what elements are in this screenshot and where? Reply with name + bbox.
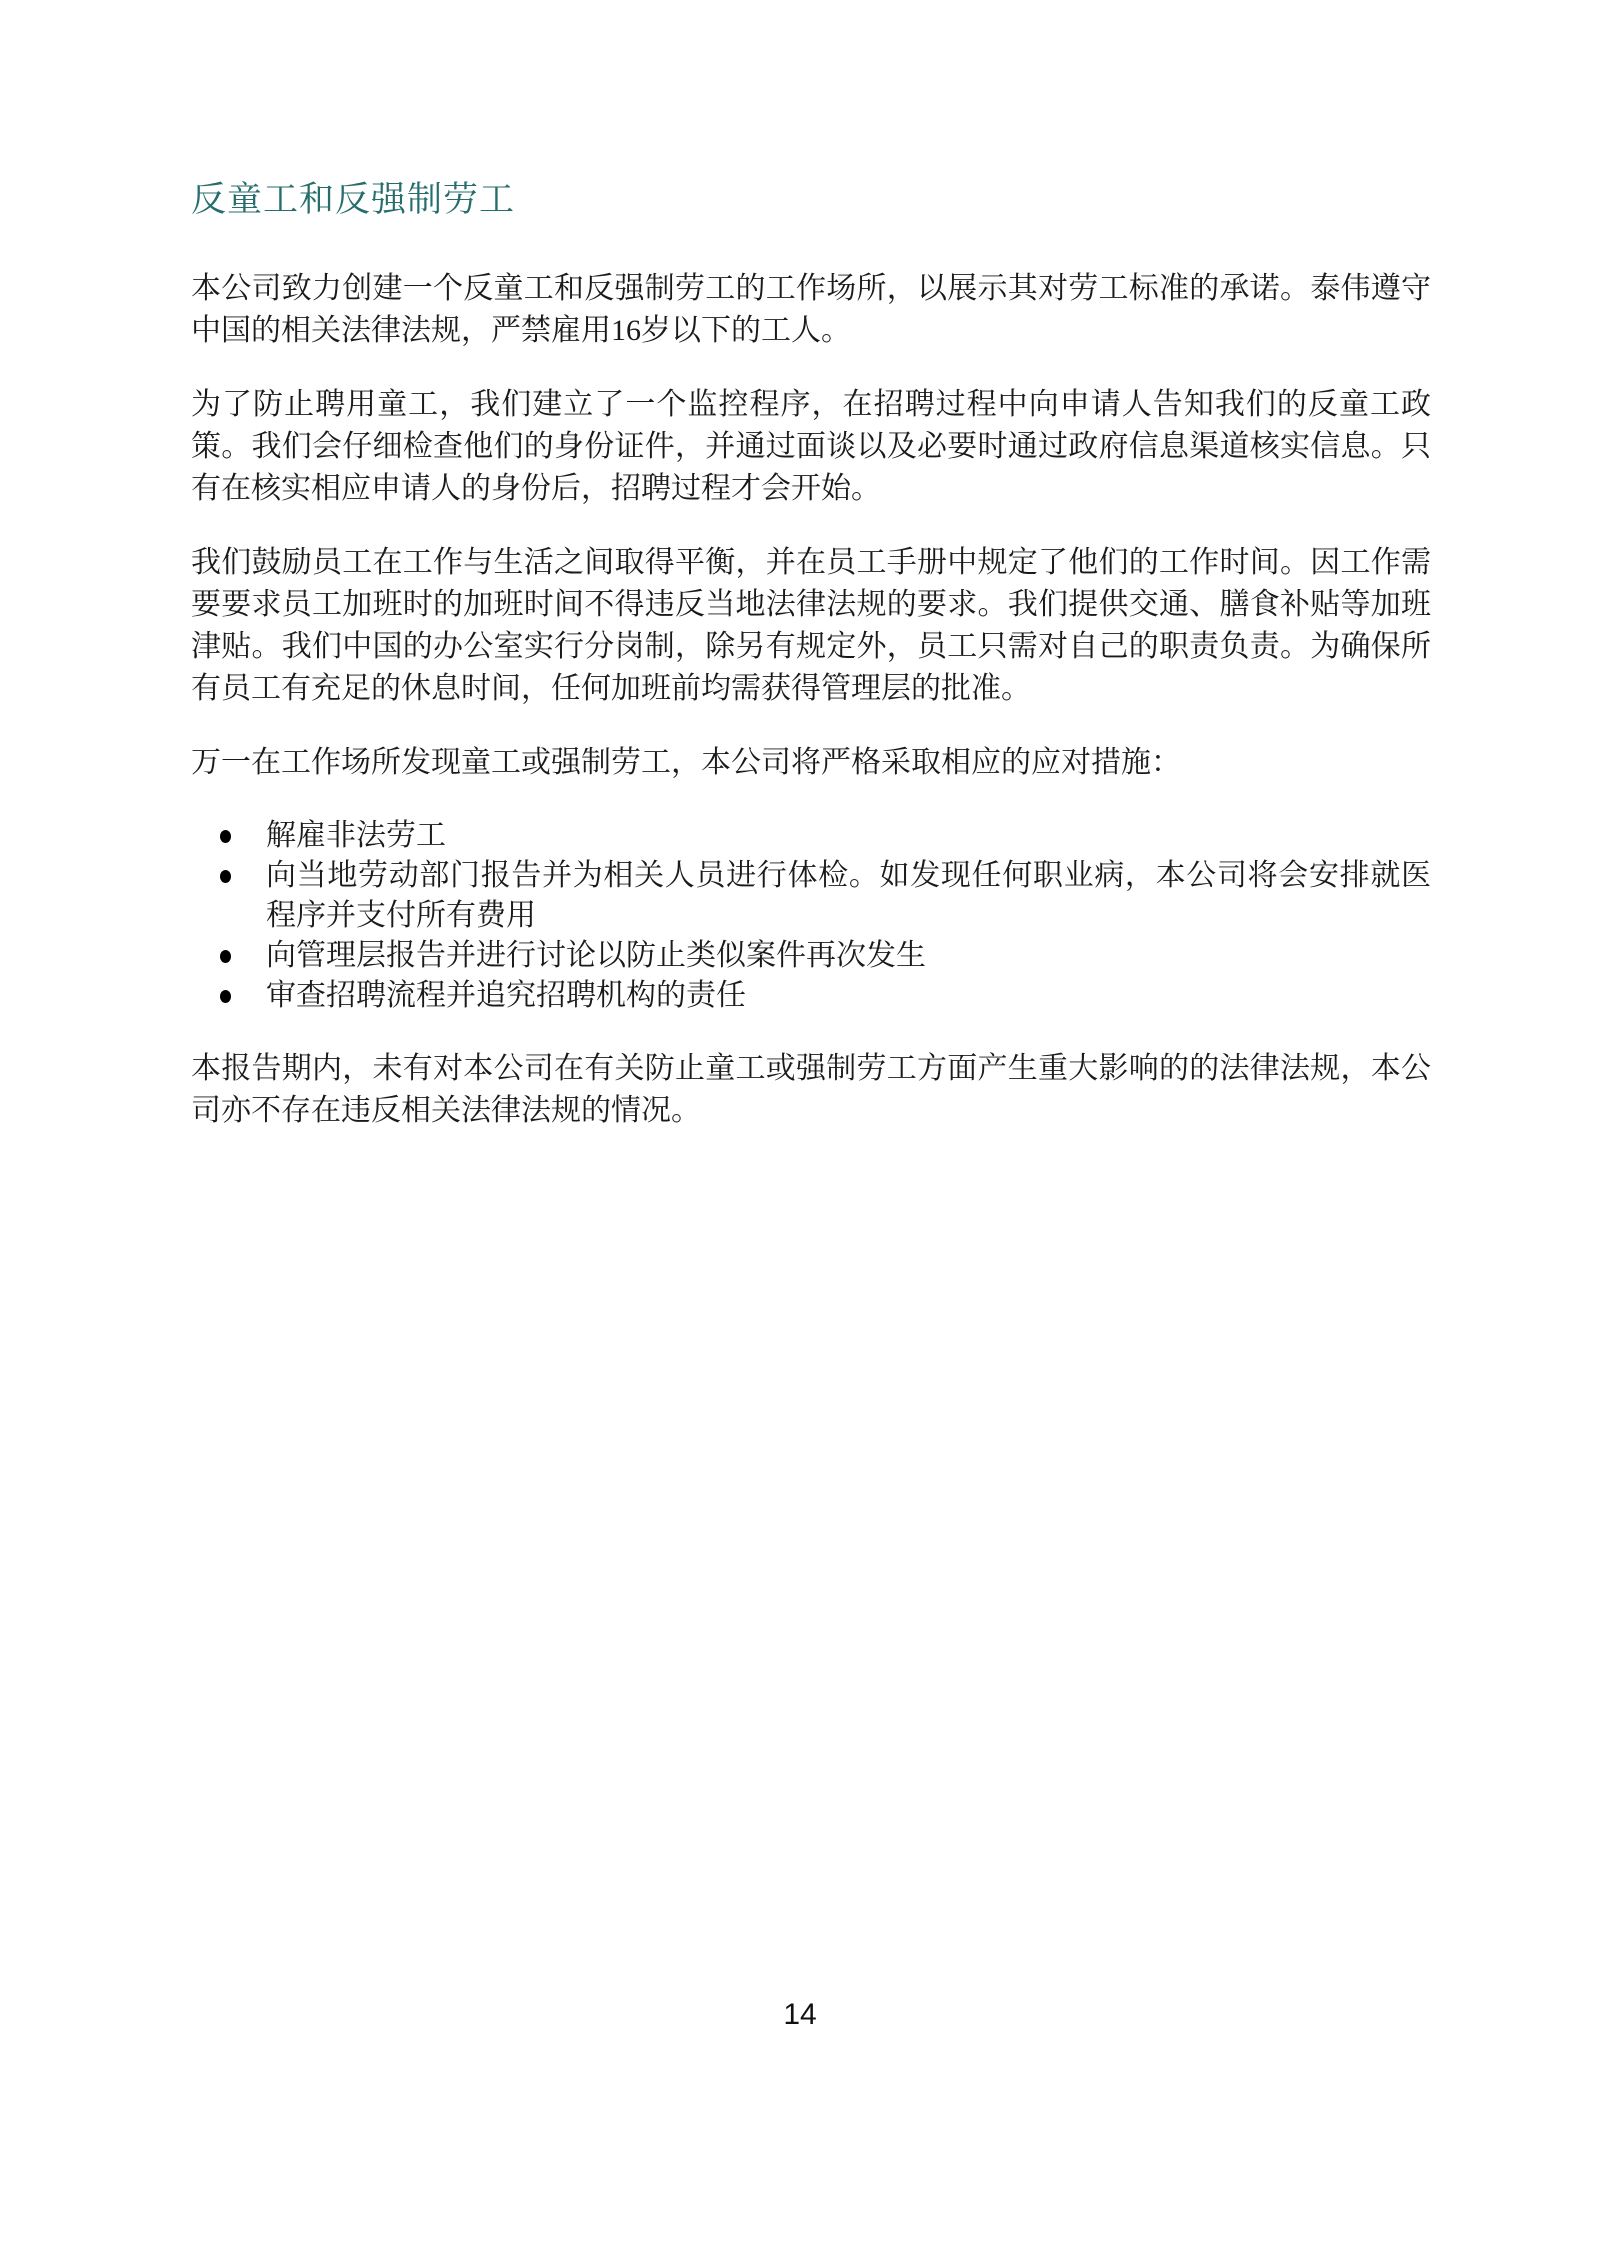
list-item-text: 向管理层报告并进行讨论以防止类似案件再次发生: [266, 939, 926, 972]
document-page: 反童工和反强制劳工 本公司致力创建一个反童工和反强制劳工的工作场所，以展示其对劳…: [0, 0, 1600, 2264]
list-item: 向当地劳动部门报告并为相关人员进行体检。如发现任何职业病，本公司将会安排就医程序…: [191, 856, 1431, 936]
section-title: 反童工和反强制劳工: [191, 176, 1431, 224]
paragraph-closing-statement: 本报告期内，未有对本公司在有关防止童工或强制劳工方面产生重大影响的的法律法规，本…: [191, 1048, 1431, 1132]
measures-list: 解雇非法劳工 向当地劳动部门报告并为相关人员进行体检。如发现任何职业病，本公司将…: [191, 816, 1431, 1016]
paragraph-commitment: 本公司致力创建一个反童工和反强制劳工的工作场所，以展示其对劳工标准的承诺。泰伟遵…: [191, 268, 1431, 352]
page-number: 14: [0, 1994, 1600, 2036]
bullet-icon: [220, 870, 231, 883]
list-item-text: 解雇非法劳工: [266, 819, 446, 852]
paragraph-work-life-balance: 我们鼓励员工在工作与生活之间取得平衡，并在员工手册中规定了他们的工作时间。因工作…: [191, 542, 1431, 710]
paragraph-measures-lead-in: 万一在工作场所发现童工或强制劳工，本公司将严格采取相应的应对措施：: [191, 742, 1431, 784]
list-item: 解雇非法劳工: [191, 816, 1431, 856]
list-item-text: 审查招聘流程并追究招聘机构的责任: [266, 979, 746, 1012]
bullet-icon: [220, 950, 231, 963]
list-item: 向管理层报告并进行讨论以防止类似案件再次发生: [191, 936, 1431, 976]
list-item-text: 向当地劳动部门报告并为相关人员进行体检。如发现任何职业病，本公司将会安排就医程序…: [266, 859, 1431, 932]
paragraph-monitoring-procedure: 为了防止聘用童工，我们建立了一个监控程序，在招聘过程中向申请人告知我们的反童工政…: [191, 384, 1431, 510]
list-item: 审查招聘流程并追究招聘机构的责任: [191, 976, 1431, 1016]
bullet-icon: [220, 990, 231, 1003]
bullet-icon: [220, 830, 231, 843]
page-content: 反童工和反强制劳工 本公司致力创建一个反童工和反强制劳工的工作场所，以展示其对劳…: [191, 176, 1431, 1164]
